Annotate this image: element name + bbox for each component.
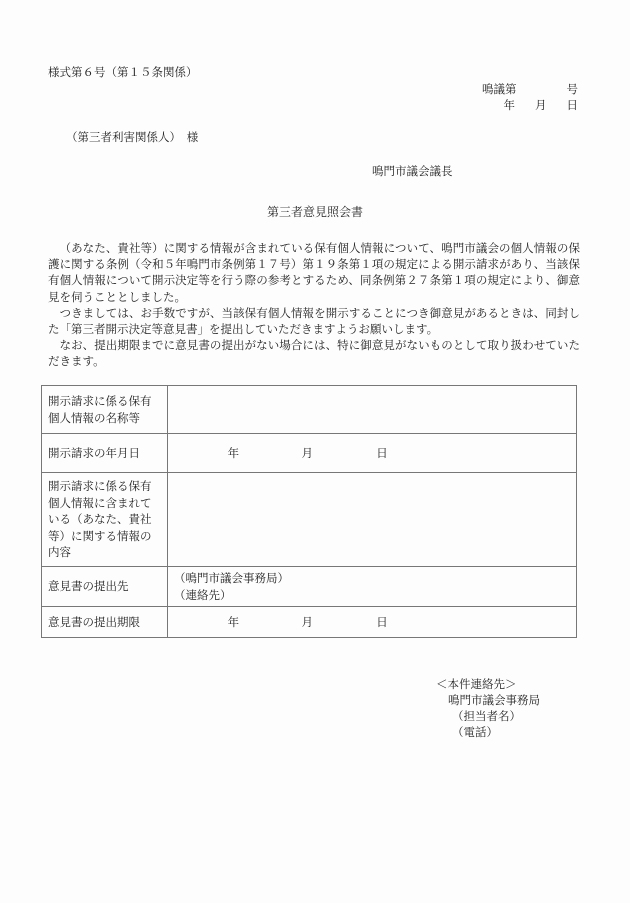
contact-office: 鳴門市議会事務局 [436, 692, 540, 708]
contact-person: （担当者名） [436, 708, 540, 724]
table-row: 開示請求に係る保有個人情報に含まれている（あなた、貴社等）に関する情報の内容 [42, 473, 577, 567]
issue-date-month: 月 [535, 97, 547, 113]
body-text: （あなた、貴社等）に関する情報が含まれている保有個人情報について、鳴門市議会の個… [48, 240, 580, 370]
reference-suffix: 号 [567, 81, 579, 97]
row-value-field[interactable] [168, 386, 577, 434]
contact-block: ＜本件連絡先＞ 鳴門市議会事務局 （担当者名） （電話） [436, 676, 540, 740]
issue-date-year: 年 [504, 97, 516, 113]
document-title: 第三者意見照会書 [0, 203, 630, 220]
destination-office: （鳴門市議会事務局） [174, 570, 570, 587]
table-row: 意見書の提出先 （鳴門市議会事務局） （連絡先） [42, 567, 577, 607]
request-date-field[interactable]: 年 月 日 [168, 434, 577, 473]
deadline-date-field[interactable]: 年 月 日 [168, 607, 577, 638]
row-label: 意見書の提出先 [42, 567, 168, 607]
row-value-field[interactable] [168, 473, 577, 567]
reference-number: 鳴議第 号 [482, 81, 578, 97]
table-row: 開示請求の年月日 年 月 日 [42, 434, 577, 473]
contact-heading: ＜本件連絡先＞ [436, 676, 540, 692]
date-year: 年 [228, 614, 240, 631]
date-day: 日 [376, 614, 388, 631]
date-day: 日 [376, 445, 388, 462]
body-paragraph: （あなた、貴社等）に関する情報が含まれている保有個人情報について、鳴門市議会の個… [48, 240, 580, 305]
body-paragraph: つきましては、お手数ですが、当該保有個人情報を開示することにつき御意見があるとき… [48, 305, 580, 337]
row-label: 開示請求に係る保有個人情報に含まれている（あなた、貴社等）に関する情報の内容 [42, 473, 168, 567]
table-row: 意見書の提出期限 年 月 日 [42, 607, 577, 638]
table-row: 開示請求に係る保有個人情報の名称等 [42, 386, 577, 434]
form-number: 様式第６号（第１５条関係） [48, 64, 198, 80]
body-paragraph: なお、提出期限までに意見書の提出がない場合には、特に御意見がないものとして取り扱… [48, 337, 580, 369]
issue-date-day: 日 [567, 97, 579, 113]
reference-number-block: 鳴議第 号 年 月 日 [482, 81, 578, 113]
sender: 鳴門市議会議長 [372, 163, 453, 179]
reference-prefix: 鳴議第 [482, 81, 517, 97]
submission-destination-field[interactable]: （鳴門市議会事務局） （連絡先） [168, 567, 577, 607]
info-table: 開示請求に係る保有個人情報の名称等 開示請求の年月日 年 月 日 開示請求に係る… [41, 385, 577, 638]
row-label: 開示請求に係る保有個人情報の名称等 [42, 386, 168, 434]
date-month: 月 [301, 614, 313, 631]
row-label: 開示請求の年月日 [42, 434, 168, 473]
issue-date: 年 月 日 [482, 97, 578, 113]
addressee: （第三者利害関係人） 様 [66, 129, 198, 145]
date-month: 月 [301, 445, 313, 462]
date-year: 年 [228, 445, 240, 462]
contact-phone: （電話） [436, 724, 540, 740]
row-label: 意見書の提出期限 [42, 607, 168, 638]
destination-contact: （連絡先） [174, 587, 570, 604]
